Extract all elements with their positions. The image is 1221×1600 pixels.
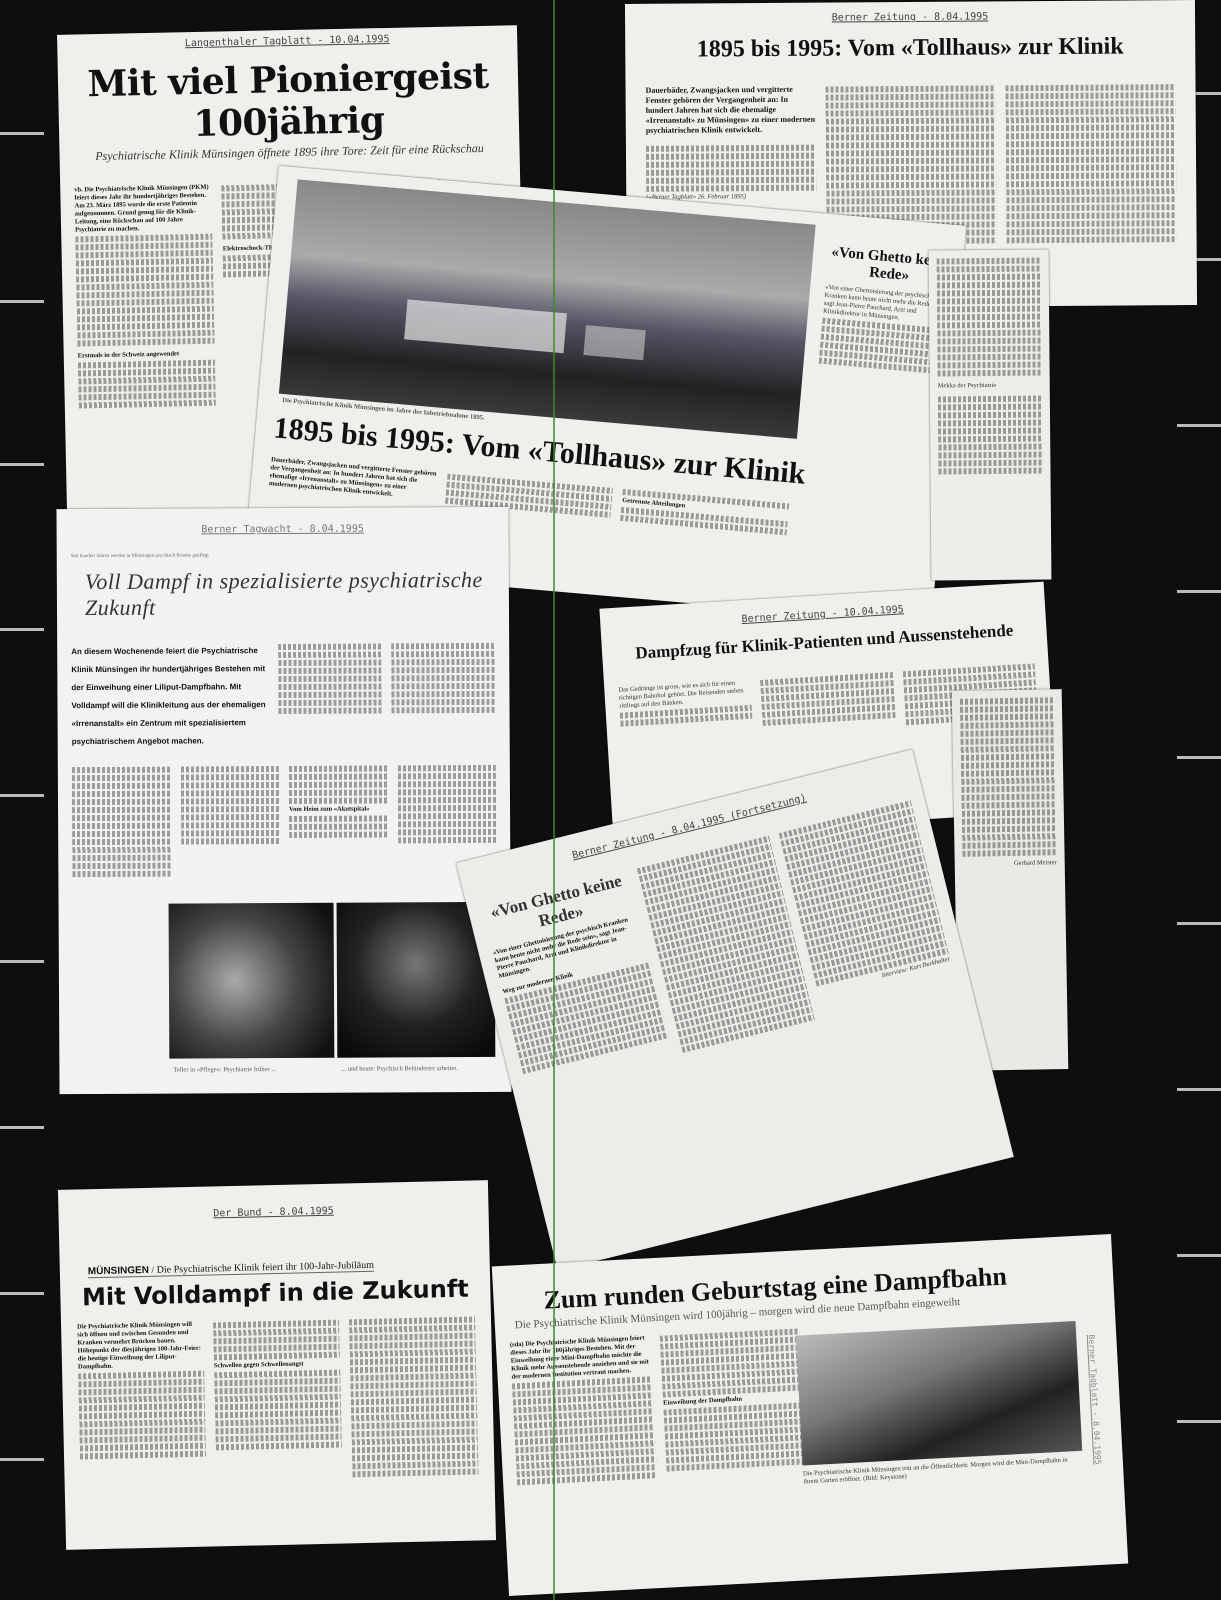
edge-tick [1177, 590, 1221, 593]
clipping-kicker: MÜNSINGEN / Die Psychiatrische Klinik fe… [88, 1260, 374, 1278]
clipping-source: Der Bund - 8.04.1995 [58, 1202, 488, 1223]
clipping-lead: An diesem Wochenende feiert die Psychiat… [71, 642, 268, 751]
clipping-lead: Dauerbäder, Zwangsjacken und vergitterte… [646, 85, 816, 136]
edge-tick [1177, 1254, 1221, 1257]
photo-credit: (Bild: Keystone) [863, 1473, 907, 1482]
edge-tick [0, 1458, 44, 1461]
clipping-headline: 1895 bis 1995: Vom «Tollhaus» zur Klinik [625, 33, 1195, 64]
film-scratch-line [553, 0, 555, 1600]
edge-tick [1177, 424, 1221, 427]
clinic-annex-shape [583, 325, 645, 360]
edge-tick [0, 132, 44, 135]
edge-tick [0, 960, 44, 963]
clipping-kicker: Seit hundert Jahren werden in Münsingen … [71, 552, 509, 559]
clipping-source: Berner Tagwacht - 8.04.1995 [57, 523, 509, 536]
edge-tick [0, 628, 44, 631]
edge-tick [1177, 1088, 1221, 1091]
clipping-lead: Dauerbäder, Zwangsjacken und vergitterte… [269, 456, 438, 502]
edge-tick [0, 1126, 44, 1129]
clipping-subhead: Schwellen gegen Schwellenangst [214, 1360, 340, 1371]
clipping-berner-zeitung-continued: Mekka der Psychiatrie [929, 249, 1052, 580]
mini-steam-train-photo [796, 1321, 1082, 1465]
kicker-text: / Die Psychiatrische Klinik feiert ihr 1… [151, 1260, 374, 1276]
clipping-subhead: Erstmals in der Schweiz angewendet [78, 350, 215, 361]
clinic-1895-photo [279, 179, 816, 439]
film-edge-left [0, 0, 48, 1600]
clipping-source: Langenthaler Tagblatt - 10.04.1995 [57, 31, 517, 52]
clipping-byline: Gerhard Meister [963, 859, 1057, 869]
edge-tick [0, 1292, 44, 1295]
clipping-lead: Die Psychiatrische Klinik Münsingen will… [77, 1321, 204, 1372]
clipping-headline: Voll Dampf in spezialisierte psychiatris… [85, 567, 509, 621]
edge-tick [1177, 1420, 1221, 1423]
clipping-berner-tagwacht: Berner Tagwacht - 8.04.1995 Seit hundert… [56, 507, 511, 1094]
clipping-subhead: Vom Heim zum «Akutspital» [289, 805, 388, 814]
edge-tick [0, 300, 44, 303]
clipping-lead: vb. Die Psychiatrische Klinik Münsingen … [74, 184, 212, 235]
edge-tick [0, 794, 44, 797]
clipping-source: Berner Zeitung - 8.04.1995 [625, 10, 1195, 25]
clipping-von-ghetto-keine-rede: Berner Zeitung - 8.04.1995 (Fortsetzung)… [456, 749, 1014, 1270]
photo-psychiatry-past [169, 903, 335, 1059]
edge-tick [1177, 922, 1221, 925]
clipping-dampfbahn: Zum runden Geburtstag eine Dampfbahn Die… [492, 1234, 1128, 1596]
photo-caption: Teller in «Pflege»: Psychiatrie früher .… [173, 1066, 276, 1074]
photo-caption: ... und heute: Psychisch Behinderter arb… [341, 1065, 457, 1073]
clipping-der-bund: Der Bund - 8.04.1995 MÜNSINGEN / Die Psy… [58, 1180, 496, 1550]
clipping-headline: Mit viel Pioniergeist 100jährig [58, 54, 520, 148]
clipping-lead: (sda) Die Psychiatrische Klinik Münsinge… [510, 1334, 652, 1381]
kicker-place: MÜNSINGEN [88, 1265, 149, 1277]
clipping-subhead: Mekka der Psychiatrie [938, 382, 1042, 391]
clipping-source-vertical: Berner Tagblatt - 8.04.1995 [1087, 1334, 1103, 1464]
clinic-building-shape [404, 299, 567, 353]
edge-tick [1177, 756, 1221, 759]
edge-tick [0, 463, 44, 466]
